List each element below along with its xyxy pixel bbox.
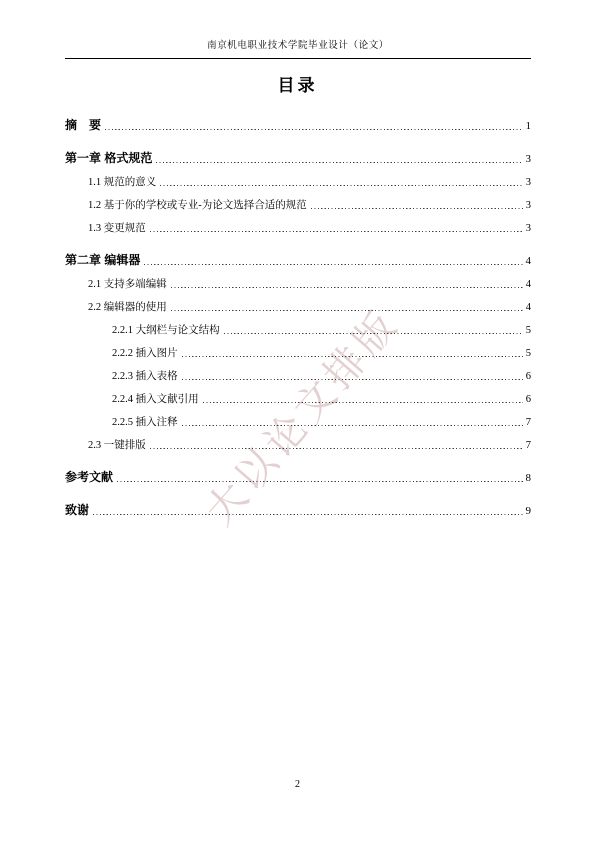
toc-entry[interactable]: 参考文献 8 [65, 456, 531, 485]
toc-entry-label: 2.2.4 插入文献引用 [112, 394, 199, 406]
toc-entry[interactable]: 2.2.1 大纲栏与论文结构 5 [65, 314, 531, 337]
dot-leader [311, 208, 523, 209]
toc-entry-page: 3 [526, 177, 531, 189]
toc-entry[interactable]: 1.2 基于你的学校或专业-为论文选择合适的规范 3 [65, 189, 531, 212]
toc-entry-page: 6 [526, 371, 531, 383]
toc-entry-page: 3 [526, 223, 531, 235]
toc-entry-label: 2.2.1 大纲栏与论文结构 [112, 325, 220, 337]
toc-entry[interactable]: 致谢 9 [65, 489, 531, 518]
page-title: 目录 [0, 71, 595, 96]
toc-entry-page: 8 [526, 472, 532, 485]
footer-page-number: 2 [0, 779, 595, 790]
toc-entry-page: 4 [526, 255, 532, 268]
document-page: 南京机电职业技术学院毕业设计（论文） 目录 大以论文排版 摘 要 1 第一章 格… [0, 0, 595, 842]
dot-leader [105, 129, 522, 130]
toc-entry-label: 1.1 规范的意义 [88, 177, 156, 189]
toc-entry[interactable]: 2.2.4 插入文献引用 6 [65, 383, 531, 406]
toc-list: 摘 要 1 第一章 格式规范 3 1.1 规范的意义 3 1.2 基于你的学校或… [65, 104, 531, 518]
toc-entry-label: 致谢 [65, 504, 89, 518]
toc-entry[interactable]: 2.2.3 插入表格 6 [65, 360, 531, 383]
dot-leader [182, 379, 523, 380]
toc-entry-page: 5 [526, 325, 531, 337]
toc-entry-label: 第一章 格式规范 [65, 152, 152, 166]
toc-entry-page: 1 [526, 120, 532, 133]
toc-entry-label: 2.2.3 插入表格 [112, 371, 178, 383]
toc-entry-label: 2.1 支持多端编辑 [88, 279, 167, 291]
dot-leader [150, 231, 523, 232]
toc-entry[interactable]: 2.2 编辑器的使用 4 [65, 291, 531, 314]
toc-entry[interactable]: 第一章 格式规范 3 [65, 137, 531, 166]
toc-entry-page: 9 [526, 505, 532, 518]
toc-entry-label: 2.2.5 插入注释 [112, 417, 178, 429]
toc-entry-label: 1.2 基于你的学校或专业-为论文选择合适的规范 [88, 200, 307, 212]
toc-entry-label: 2.2 编辑器的使用 [88, 302, 167, 314]
running-header: 南京机电职业技术学院毕业设计（论文） [65, 37, 531, 59]
toc-entry-label: 2.3 一键排版 [88, 440, 146, 452]
dot-leader [93, 514, 522, 515]
dot-leader [156, 162, 522, 163]
toc-entry-page: 7 [526, 417, 531, 429]
toc-entry[interactable]: 2.2.2 插入图片 5 [65, 337, 531, 360]
dot-leader [171, 310, 523, 311]
dot-leader [203, 402, 523, 403]
toc-entry-label: 2.2.2 插入图片 [112, 348, 178, 360]
toc-entry[interactable]: 第二章 编辑器 4 [65, 239, 531, 268]
dot-leader [150, 448, 523, 449]
dot-leader [160, 185, 523, 186]
toc-entry-label: 1.3 变更规范 [88, 223, 146, 235]
toc-entry-page: 5 [526, 348, 531, 360]
dot-leader [182, 425, 523, 426]
dot-leader [171, 287, 523, 288]
dot-leader [182, 356, 523, 357]
toc-entry[interactable]: 1.3 变更规范 3 [65, 212, 531, 235]
toc-entry[interactable]: 摘 要 1 [65, 104, 531, 133]
toc-entry-page: 3 [526, 200, 531, 212]
dot-leader [117, 481, 522, 482]
dot-leader [144, 264, 522, 265]
toc-entry-page: 6 [526, 394, 531, 406]
toc-entry[interactable]: 2.2.5 插入注释 7 [65, 406, 531, 429]
dot-leader [224, 333, 523, 334]
toc-entry-label: 摘 要 [65, 119, 101, 133]
toc-entry[interactable]: 2.3 一键排版 7 [65, 429, 531, 452]
toc-entry[interactable]: 2.1 支持多端编辑 4 [65, 268, 531, 291]
toc-entry[interactable]: 1.1 规范的意义 3 [65, 166, 531, 189]
toc-entry-page: 4 [526, 279, 531, 291]
toc-entry-page: 3 [526, 153, 532, 166]
toc-entry-label: 参考文献 [65, 471, 113, 485]
toc-entry-page: 4 [526, 302, 531, 314]
toc-entry-label: 第二章 编辑器 [65, 254, 140, 268]
toc-entry-page: 7 [526, 440, 531, 452]
